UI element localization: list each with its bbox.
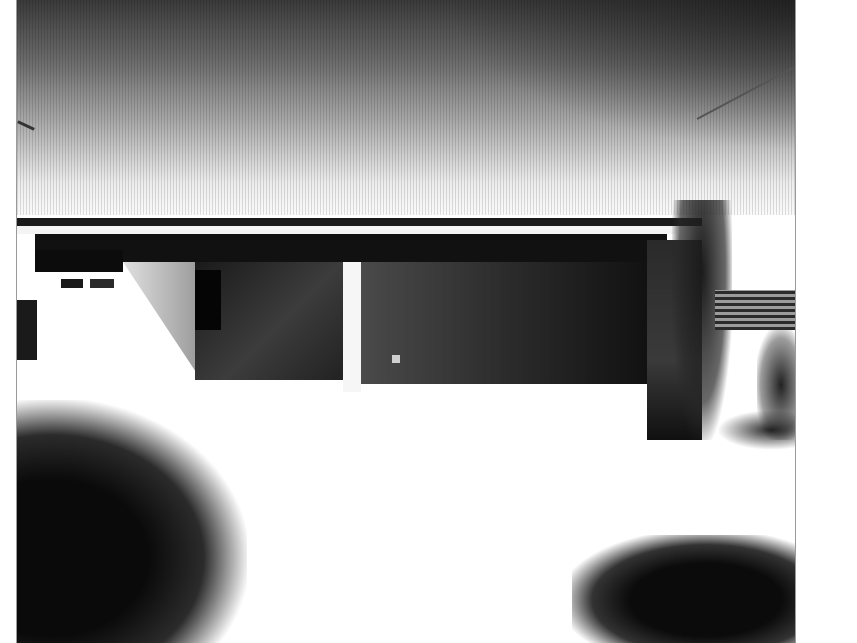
roof-trim — [17, 226, 677, 234]
wall-vent — [90, 279, 114, 288]
bay-door-shadow — [195, 270, 221, 330]
wall-vent — [61, 279, 83, 288]
garage-bay-right — [361, 262, 667, 384]
roof-fascia — [17, 218, 702, 226]
tree-shadow-right — [572, 535, 795, 643]
tree-shadow-left — [17, 400, 247, 643]
center-post — [343, 262, 361, 392]
ground-shadow — [717, 410, 795, 450]
beam-end — [35, 250, 123, 272]
sky-shading — [445, 0, 795, 150]
foliage-shadow — [17, 300, 37, 360]
carport-beam — [35, 234, 667, 262]
photo-frame — [16, 0, 796, 643]
wall-light — [392, 355, 400, 363]
fence — [715, 290, 795, 330]
